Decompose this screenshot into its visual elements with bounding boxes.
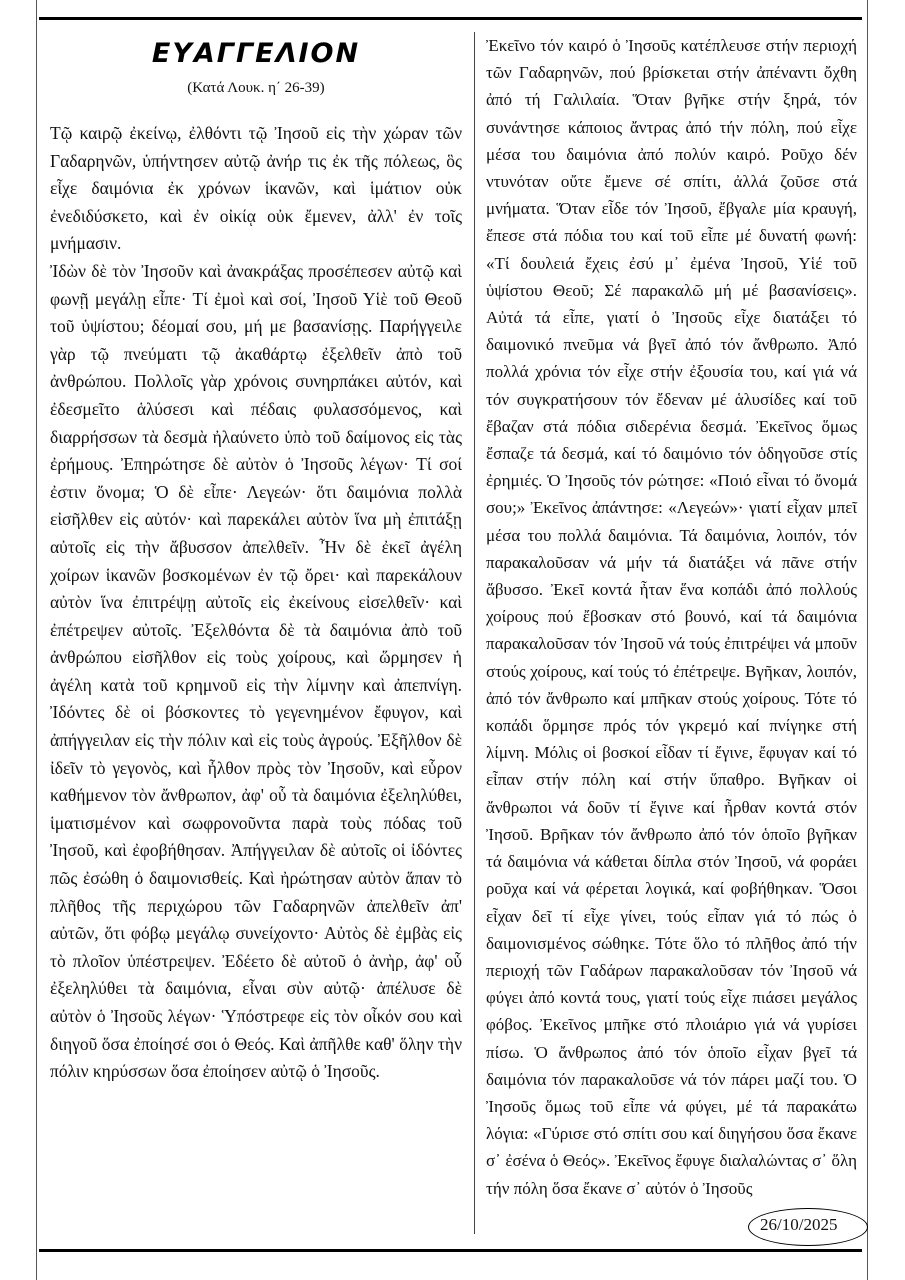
original-paragraph: Τῷ καιρῷ ἐκείνῳ, ἐλθόντι τῷ Ἰησοῦ εἰς τὴ…	[50, 120, 462, 258]
scripture-reference: (Κατά Λουκ. η΄ 26-39)	[50, 78, 462, 98]
date-label: 26/10/2025	[760, 1214, 837, 1236]
original-text-column: ΕΥΑΓΓΕΛΙΟΝ (Κατά Λουκ. η΄ 26-39) Τῷ καιρ…	[50, 36, 462, 1086]
page-border-right	[867, 0, 868, 1280]
page-title: ΕΥΑΓΓΕΛΙΟΝ	[50, 36, 462, 72]
bottom-rule	[39, 1249, 862, 1252]
translation-column: Ἐκεῖνο τόν καιρό ὁ Ἰησοῦς κατέπλευσε στή…	[486, 32, 857, 1202]
page-border-left	[36, 0, 37, 1280]
translation-paragraph: Ἐκεῖνο τόν καιρό ὁ Ἰησοῦς κατέπλευσε στή…	[486, 32, 857, 1202]
column-divider	[474, 32, 475, 1234]
original-paragraph: Ἰδὼν δὲ τὸν Ἰησοῦν καὶ ἀνακράξας προσέπε…	[50, 258, 462, 1086]
top-rule	[39, 17, 862, 20]
